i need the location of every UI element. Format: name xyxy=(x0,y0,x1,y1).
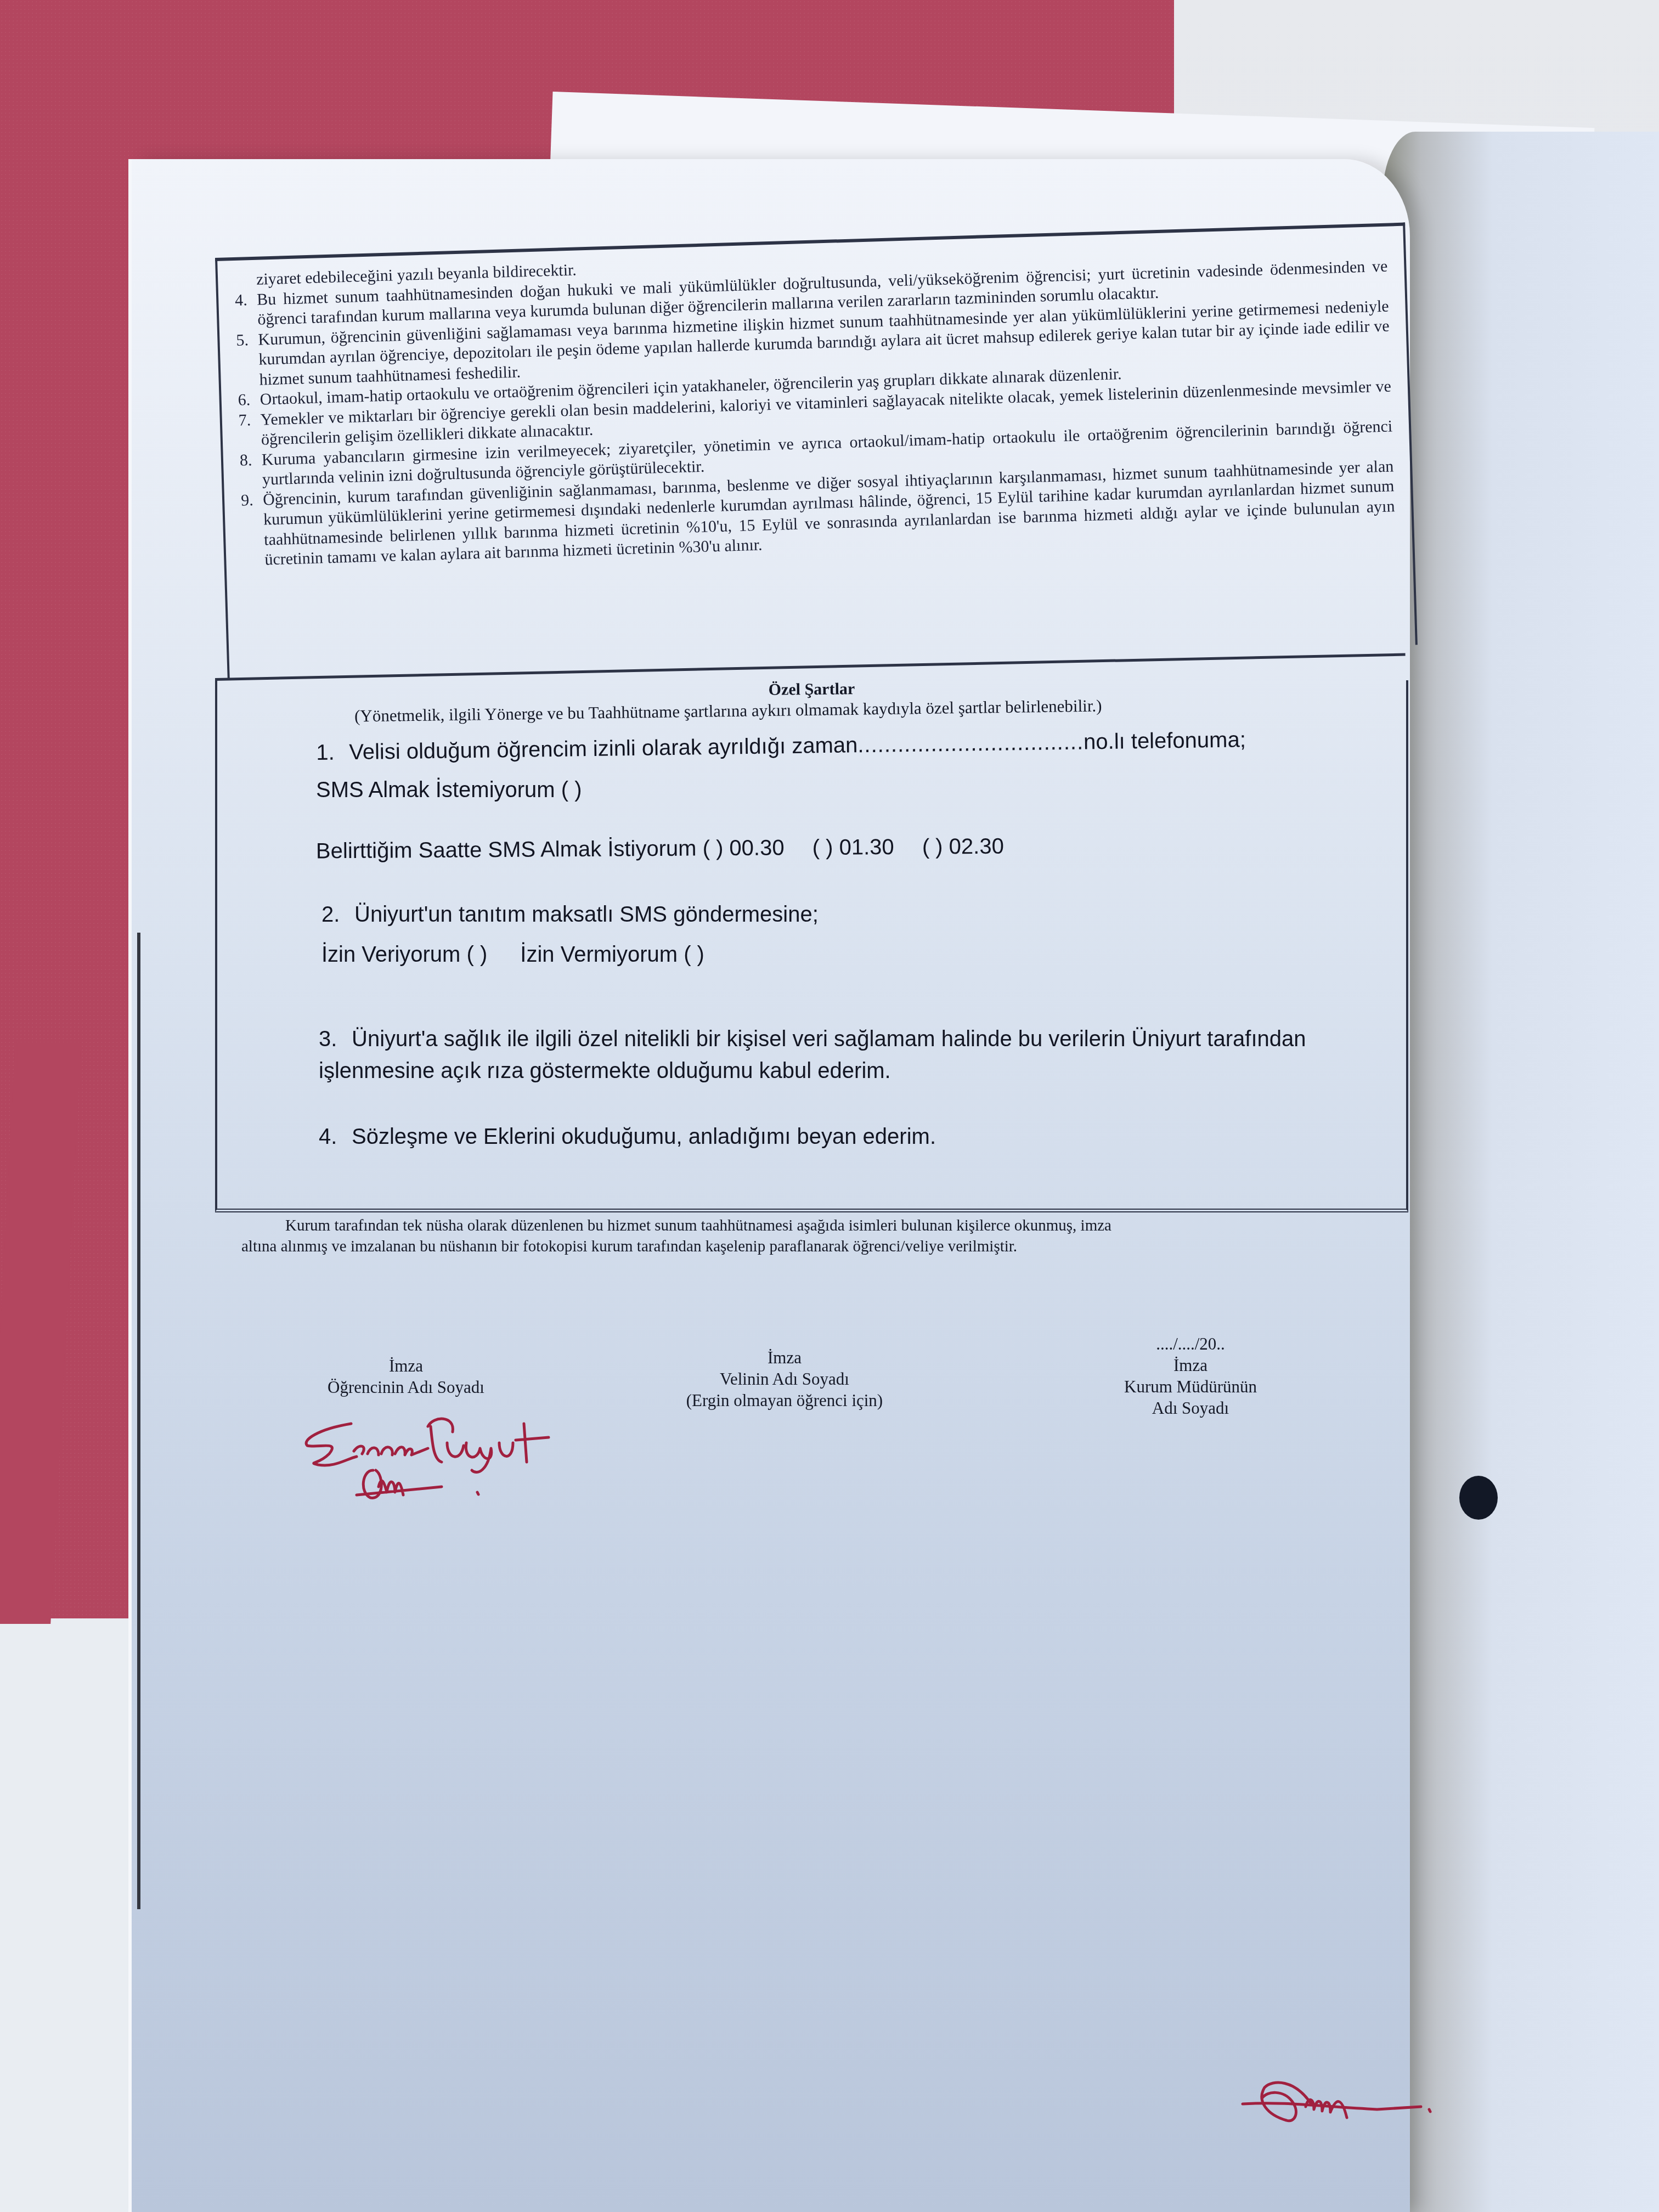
date-field[interactable]: ..../..../20.. xyxy=(1075,1333,1306,1355)
parent-signature-block: İmza Velinin Adı Soyadı (Ergin olmayan ö… xyxy=(647,1347,922,1411)
signature-label: İmza xyxy=(1075,1355,1306,1376)
sms-consent-options: İzin Veriyorum ( )İzin Vermiyorum ( ) xyxy=(321,943,704,967)
condition-number: 2. xyxy=(321,902,354,927)
special-conditions-section: Özel Şartlar (Yönetmelik, ilgili Yönerge… xyxy=(215,680,1408,1212)
terms-section: ziyaret edebileceğini yazılı beyanla bil… xyxy=(215,223,1418,680)
student-signature-block: İmza Öğrencinin Adı Soyadı xyxy=(296,1355,516,1398)
sms-time-option-0230[interactable]: ( ) 02.30 xyxy=(922,834,1004,859)
term-number: 7. xyxy=(238,410,261,450)
director-title-label: Kurum Müdürünün xyxy=(1075,1376,1306,1397)
condition-4: 4.Sözleşme ve Eklerini okuduğumu, anladı… xyxy=(319,1125,936,1149)
condition-text: Üniyurt'a sağlık ile ilgili özel nitelik… xyxy=(319,1027,1306,1083)
sms-decline-option[interactable]: SMS Almak İstemiyorum ( ) xyxy=(316,778,582,803)
director-signature-block: ..../..../20.. İmza Kurum Müdürünün Adı … xyxy=(1075,1333,1306,1419)
sms-time-label: Belirttiğim Saatte SMS Almak İstiyorum xyxy=(316,837,697,864)
condition-text: Velisi olduğum öğrencim izinli olarak ay… xyxy=(349,733,858,764)
condition-text: Sözleşme ve Eklerini okuduğumu, anladığı… xyxy=(352,1125,936,1149)
condition-3: 3.Üniyurt'a sağlık ile ilgili özel nitel… xyxy=(319,1023,1405,1087)
parent-note: (Ergin olmayan öğrenci için) xyxy=(647,1390,922,1411)
sms-time-options: Belirttiğim Saatte SMS Almak İstiyorum (… xyxy=(316,834,1004,864)
parent-name-label: Velinin Adı Soyadı xyxy=(647,1368,922,1390)
adjacent-page xyxy=(1383,132,1659,2212)
signature-label: İmza xyxy=(296,1355,516,1376)
consent-deny-option[interactable]: İzin Vermiyorum ( ) xyxy=(520,943,704,967)
condition-number: 1. xyxy=(316,740,349,765)
footer-note: Kurum tarafından tek nüsha olarak düzenl… xyxy=(241,1215,1404,1257)
sms-time-option-0130[interactable]: ( ) 01.30 xyxy=(812,835,894,860)
director-name-label: Adı Soyadı xyxy=(1075,1397,1306,1419)
terms-list: 4.Bu hizmet sunum taahhütnamesinden doğa… xyxy=(235,256,1396,571)
condition-number: 4. xyxy=(319,1125,352,1149)
term-number: 5. xyxy=(236,330,259,391)
condition-text: Üniyurt'un tanıtım maksatlı SMS gönderme… xyxy=(354,902,819,927)
condition-number: 3. xyxy=(319,1023,352,1055)
footer-note-line-2: altına alınmış ve imzalanan bu nüshanın … xyxy=(241,1236,1404,1257)
sms-time-option-0030[interactable]: ( ) 00.30 xyxy=(703,836,785,860)
consent-allow-option[interactable]: İzin Veriyorum ( ) xyxy=(321,943,487,967)
condition-text-suffix: no.lı telefonuma; xyxy=(1084,727,1246,754)
term-number: 6. xyxy=(238,390,260,411)
footer-note-line-1: Kurum tarafından tek nüsha olarak düzenl… xyxy=(241,1215,1404,1236)
student-name-label: Öğrencinin Adı Soyadı xyxy=(296,1376,516,1398)
student-handwritten-signature xyxy=(296,1410,603,1509)
term-number: 9. xyxy=(241,490,265,571)
signature-label: İmza xyxy=(647,1347,922,1368)
condition-2: 2.Üniyurt'un tanıtım maksatlı SMS gönder… xyxy=(321,902,819,927)
term-number: 4. xyxy=(235,290,258,330)
term-number: 8. xyxy=(239,450,262,490)
binder-hole xyxy=(1459,1476,1498,1520)
condition-1: 1.Velisi olduğum öğrencim izinli olarak … xyxy=(316,727,1246,765)
approval-paraph-signature xyxy=(1240,2068,1437,2129)
page-edge-line xyxy=(137,933,140,1909)
phone-number-blank[interactable]: .................................. xyxy=(857,730,1084,757)
